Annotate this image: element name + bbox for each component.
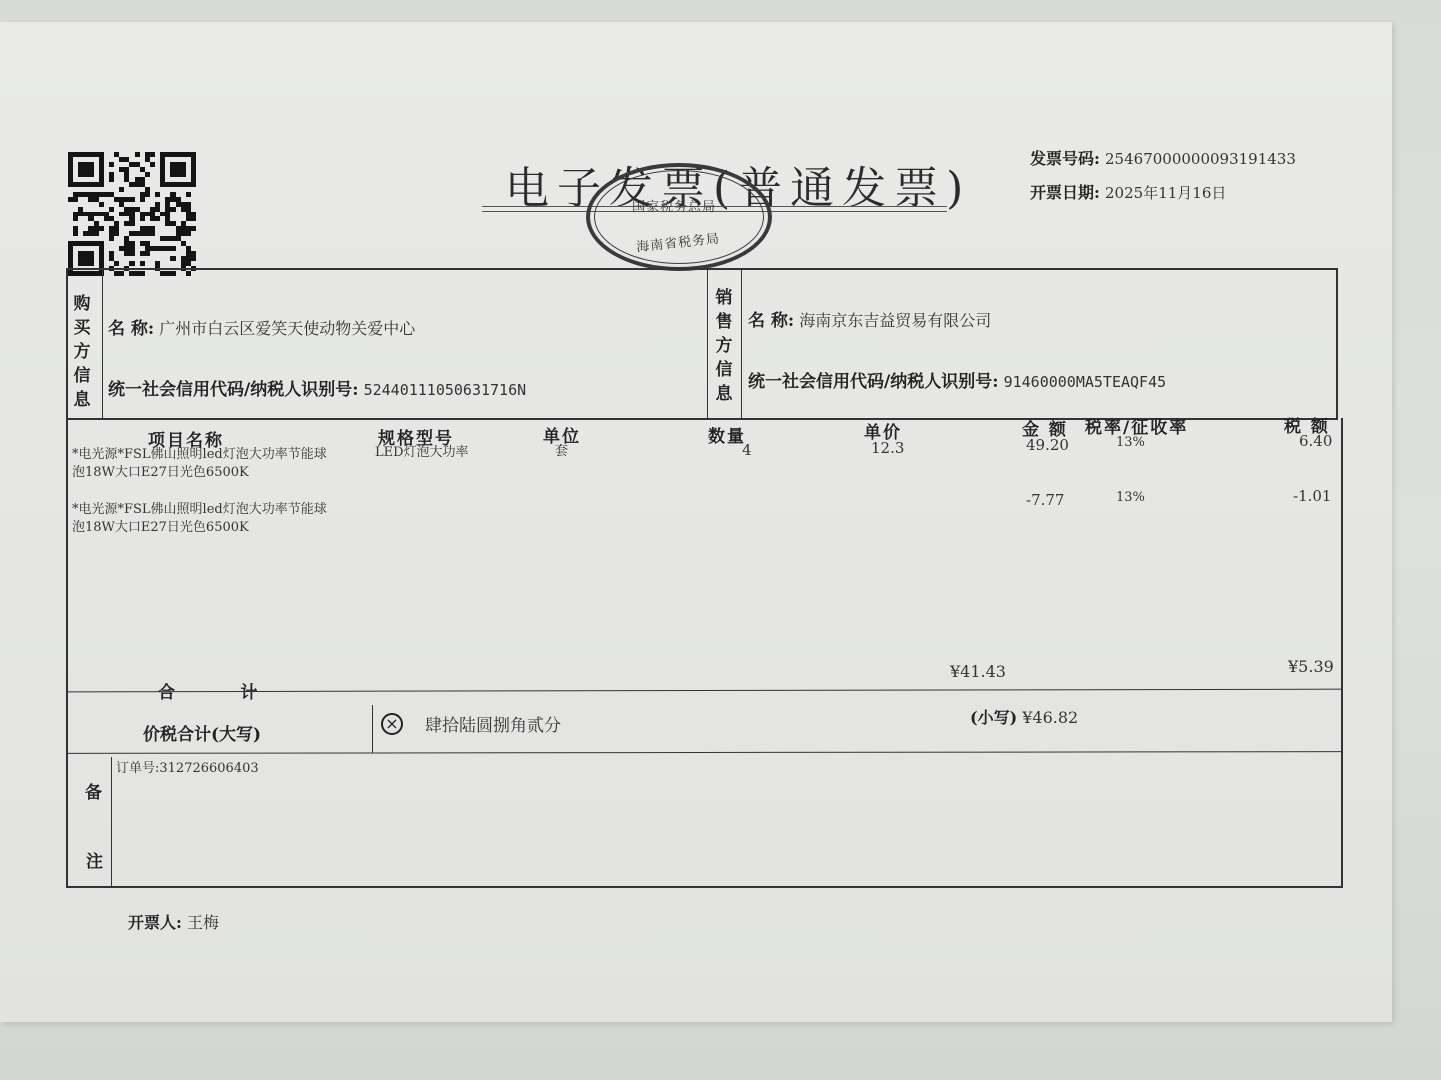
table-row-1-spec: LED灯泡大功率 — [375, 444, 469, 462]
remarks-label-top: 备 — [85, 778, 104, 803]
invoice-date-label: 开票日期: — [1030, 183, 1100, 202]
seller-name-value: 海南京东吉益贸易有限公司 — [799, 311, 991, 330]
table-row-2-name: *电光源*FSL佛山照明led灯泡大功率节能球 泡18W大口E27日光色6500… — [72, 501, 327, 537]
total-uppercase-label: 价税合计(大写) — [143, 720, 261, 745]
divider — [102, 270, 103, 418]
subtotal-amount: ¥41.43 — [950, 662, 1006, 681]
circle-x-icon: × — [381, 713, 403, 735]
invoice-date: 开票日期: 2025年11月16日 — [1030, 180, 1226, 203]
remarks-label-bottom: 注 — [86, 847, 105, 872]
seller-name-label: 名 称: — [748, 311, 794, 331]
seller-tax-id-label: 统一社会信用代码/纳税人识别号: — [748, 372, 998, 392]
invoice-number-label: 发票号码: — [1030, 149, 1100, 168]
table-row-1-unit: 套 — [555, 443, 568, 461]
invoice-number: 发票号码: 25467000000093191433 — [1030, 146, 1296, 169]
invoice-date-value: 2025年11月16日 — [1105, 184, 1226, 202]
total-uppercase-value: 肆拾陆圆捌角贰分 — [425, 711, 561, 736]
issuer-label: 开票人: — [128, 913, 182, 932]
buyer-tax-id-label: 统一社会信用代码/纳税人识别号: — [108, 380, 358, 400]
buyer-name: 名 称: 广州市白云区爱笑天使动物关爱中心 — [108, 314, 415, 339]
divider — [741, 270, 742, 418]
buyer-name-value: 广州市白云区爱笑天使动物关爱中心 — [159, 319, 415, 338]
table-row-1-name: *电光源*FSL佛山照明led灯泡大功率节能球 泡18W大口E27日光色6500… — [72, 446, 327, 482]
items-box — [66, 418, 1343, 888]
table-row-2-tax: -1.01 — [1293, 487, 1331, 505]
seller-section-label: 销售方信息 — [714, 286, 734, 406]
remarks-text: 订单号:312726606403 — [116, 760, 259, 778]
issuer: 开票人: 王梅 — [128, 910, 219, 933]
table-row-1-unit-price: 12.3 — [871, 439, 904, 457]
item-name-line1: *电光源*FSL佛山照明led灯泡大功率节能球 — [72, 501, 327, 519]
divider — [372, 705, 373, 753]
seller-tax-id: 统一社会信用代码/纳税人识别号: 91460000MA5TEAQF45 — [748, 367, 1166, 392]
issuer-value: 王梅 — [187, 913, 219, 932]
buyer-name-label: 名 称: — [108, 319, 154, 339]
table-row-2-amount: -7.77 — [1026, 491, 1064, 509]
table-row-1-amount: 49.20 — [1026, 436, 1069, 454]
seller-tax-id-value: 91460000MA5TEAQF45 — [1004, 373, 1167, 391]
item-name-line1: *电光源*FSL佛山照明led灯泡大功率节能球 — [72, 446, 327, 464]
subtotal-tax: ¥5.39 — [1288, 657, 1334, 676]
seller-name: 名 称: 海南京东吉益贸易有限公司 — [748, 306, 991, 331]
table-row-1-tax-rate: 13% — [1116, 434, 1145, 452]
buyer-section-label: 购买方信息 — [72, 292, 92, 412]
seal-text-authority: 国家税务总局 — [632, 196, 716, 215]
divider — [111, 757, 112, 887]
buyer-tax-id-value: 52440111050631716N — [364, 381, 527, 399]
total-lowercase-value: ¥46.82 — [1022, 708, 1078, 727]
table-row-2-tax-rate: 13% — [1116, 489, 1145, 507]
total-lowercase-label: (小写) — [970, 708, 1017, 727]
buyer-tax-id: 统一社会信用代码/纳税人识别号: 52440111050631716N — [108, 375, 526, 400]
divider — [707, 270, 708, 418]
col-header-quantity: 数量 — [708, 422, 746, 447]
total-lowercase: (小写) ¥46.82 — [970, 705, 1078, 728]
invoice-number-value: 25467000000093191433 — [1105, 150, 1296, 168]
item-name-line2: 泡18W大口E27日光色6500K — [72, 519, 327, 537]
item-name-line2: 泡18W大口E27日光色6500K — [72, 464, 327, 482]
qr-code — [68, 152, 196, 276]
table-row-1-tax: 6.40 — [1299, 432, 1332, 450]
table-row-1-quantity: 4 — [742, 441, 752, 459]
